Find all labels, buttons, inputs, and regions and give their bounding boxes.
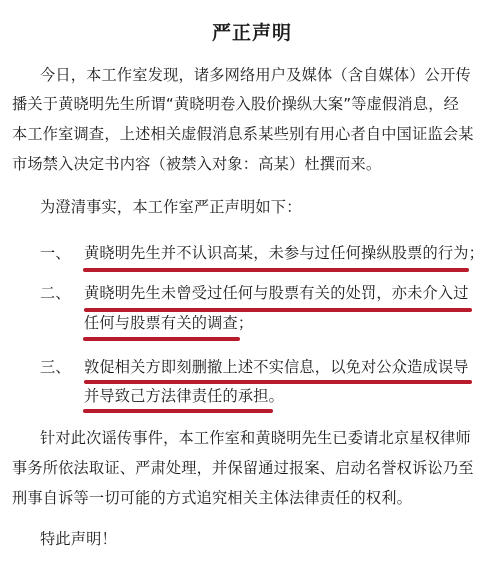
item-text: 任何与股票有关的调查； [84,312,253,333]
item-text: 并导致己方法律责任的承担。 [84,385,284,406]
intro-line: 为澄清事实，本工作室严正声明如下： [40,196,302,217]
paragraph-line: 本工作室调查，上述相关虚假消息系某些别有用心者自中国证监会某 [12,123,474,144]
red-underline [84,380,472,384]
item-text: 黄晓明先生并不认识高某，未参与过任何操纵股票的行为； [84,242,484,263]
paragraph-line: 播关于黄晓明先生所谓“黄晓明卷入股价操纵大案”等虚假消息，经 [12,93,459,114]
page-title: 严正声明 [0,18,504,45]
red-underline [83,268,469,272]
red-underline [83,409,273,413]
paragraph-line: 刑事自诉等一切可能的方式追究相关主体法律责任的权利。 [12,487,412,508]
item-number: 二、 [40,282,70,303]
paragraph-line: 市场禁入决定书内容（被禁入对象：高某）杜撰而来。 [12,153,381,174]
item-number: 一、 [40,242,70,263]
paragraph-line: 今日，本工作室发现，诸多网络用户及媒体（含自媒体）公开传 [40,64,471,85]
item-number: 三、 [40,356,70,377]
paragraph-line: 针对此次谣传事件，本工作室和黄晓明先生已委请北京星权律师 [40,427,471,448]
closing-line: 特此声明！ [40,528,117,549]
red-underline [83,337,240,341]
paragraph-line: 事务所依法取证、严肃处理，并保留通过报案、启动名誉权诉讼乃至 [12,457,474,478]
item-text: 黄晓明先生未曾受过任何与股票有关的处罚，亦未介入过 [84,282,469,303]
item-text: 敦促相关方即刻删撤上述不实信息，以免对公众造成误导 [84,356,469,377]
